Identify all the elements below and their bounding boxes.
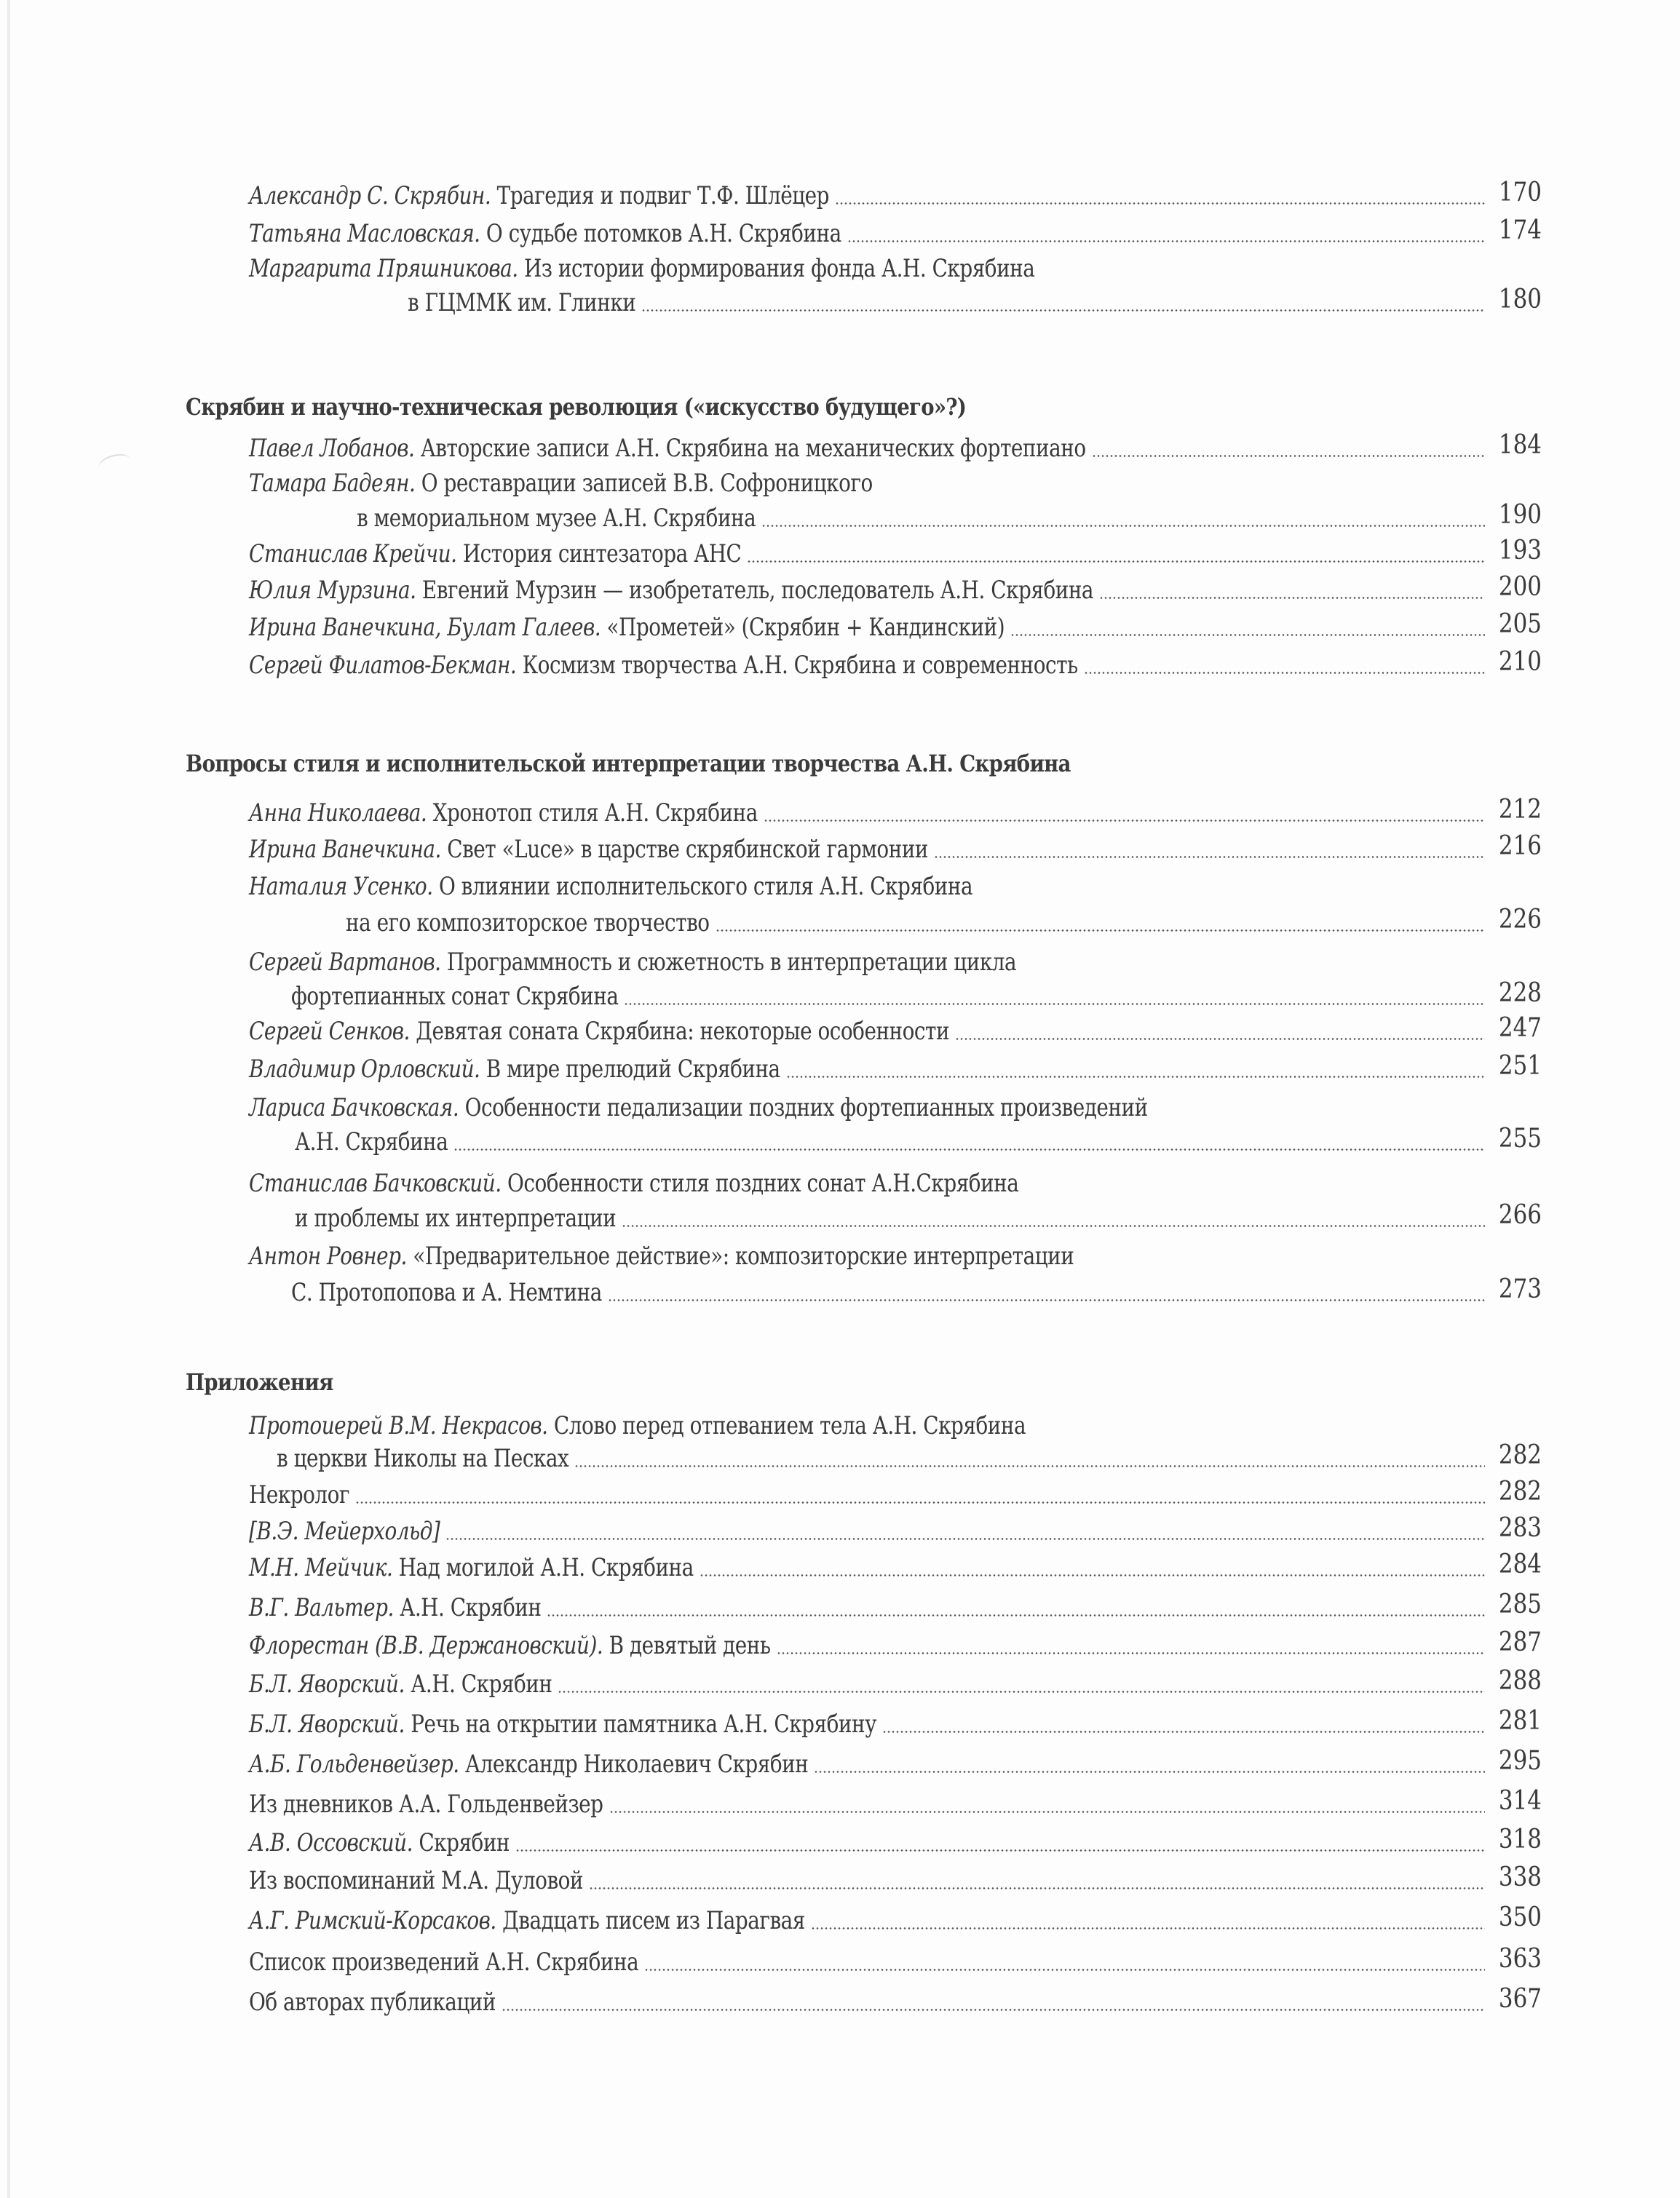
toc-line: Флорестан (В.В. Держановский). В девятый… [249,1628,885,1660]
entry-author: Флорестан (В.В. Держановский). [249,1631,603,1660]
entry-title: Девятая соната Скрябина: некоторые особе… [410,1017,949,1046]
entry-author: Тамара Бадеян. [249,469,415,498]
page-number[interactable]: 255 [1491,1122,1542,1156]
dot-leader [835,202,1485,205]
entry-text: А.В. Оссовский. Скрябин [249,1828,510,1857]
entry-text: в церкви Николы на Песках [277,1444,568,1473]
entry-text: в ГЦММК им. Глинки [408,288,635,317]
page-number[interactable]: 251 [1491,1049,1542,1084]
dot-leader [574,1465,1485,1467]
entry-author: Ирина Ванечкина. [249,835,441,864]
entry-text: Сергей Филатов-Бекман. Космизм творчеств… [249,651,1078,680]
toc-line: в ГЦММК им. Глинки [408,285,686,317]
page-number[interactable]: 284 [1491,1547,1542,1582]
entry-text: Антон Ровнер. «Предварительное действие»… [249,1242,1074,1271]
dot-leader [786,1076,1485,1078]
page-number[interactable]: 281 [1491,1704,1542,1739]
entry-text: Сергей Вартанов. Программность и сюжетно… [249,948,1016,977]
toc-line: Ирина Ванечкина, Булат Галеев. «Прометей… [249,610,1170,642]
toc-line: А.В. Оссовский. Скрябин [249,1825,567,1857]
entry-author: Александр С. Скрябин. [249,181,491,210]
entry-text: Сергей Сенков. Девятая соната Скрябина: … [249,1017,949,1046]
scan-mark [97,451,133,477]
dot-leader [716,929,1485,932]
entry-title: Особенности стиля поздних сонат А.Н.Скря… [502,1169,1019,1198]
section-heading: Приложения [186,1368,333,1396]
toc-line: Антон Ровнер. «Предварительное действие»… [249,1239,1255,1271]
entry-text: Список произведений А.Н. Скрябина [249,1948,638,1977]
entry-author: Павел Лобанов. [249,434,414,463]
entry-author: А.Б. Гольденвейзер. [249,1750,459,1779]
entry-author: Владимир Орловский. [249,1055,480,1084]
page-number[interactable]: 295 [1491,1744,1542,1779]
entry-text: М.Н. Мейчик. Над могилой А.Н. Скрябина [249,1553,694,1582]
entry-title: Евгений Мурзин — изобретатель, последова… [416,576,1093,605]
entry-title: «Прометей» (Скрябин + Кандинский) [601,613,1005,642]
entry-author: Ирина Ванечкина, Булат Галеев. [249,613,601,642]
page-number[interactable]: 350 [1491,1900,1542,1935]
page-number[interactable]: 212 [1491,793,1542,828]
entry-title: Космизм творчества А.Н. Скрябина и совре… [516,651,1078,680]
entry-author: Маргарита Пряшникова. [249,254,518,283]
entry-text: А.Г. Римский-Корсаков. Двадцать писем из… [249,1906,805,1935]
toc-line: Тамара Бадеян. О реставрации записей В.В… [249,466,1010,498]
toc-line: в церкви Николы на Песках [277,1441,633,1473]
toc-line: Наталия Усенко. О влиянии исполнительско… [249,869,1131,901]
entry-author: Сергей Вартанов. [249,948,440,977]
page-number[interactable]: 180 [1491,282,1542,317]
entry-text: Из воспоминаний М.А. Дуловой [249,1866,583,1895]
entry-title: Программность и сюжетность в интерпретац… [440,948,1016,977]
entry-title-continued: на его композиторское творчество [346,908,710,937]
dot-leader [608,1299,1485,1301]
section-heading: Вопросы стиля и исполнительской интерпре… [186,750,1071,777]
entry-title: Слово перед отпеванием тела А.Н. Скрябин… [548,1411,1026,1440]
toc-line: В.Г. Вальтер. А.Н. Скрябин [249,1590,606,1622]
entry-text: Лариса Бачковская. Особенности педализац… [249,1093,1148,1122]
entry-text: Станислав Крейчи. История синтезатора АН… [249,539,741,568]
entry-title: Скрябин [413,1828,510,1857]
dot-leader [502,2009,1485,2011]
page-number[interactable]: 314 [1491,1784,1542,1819]
toc-line: А.Г. Римский-Корсаков. Двадцать писем из… [249,1903,927,1935]
entry-author: Лариса Бачковская. [249,1093,459,1122]
entry-text: Б.Л. Яворский. А.Н. Скрябин [249,1670,552,1699]
entry-text: Татьяна Масловская. О судьбе потомков А.… [249,219,841,248]
toc-line: С. Протопопова и А. Немтина [291,1275,670,1307]
entry-text: Анна Николаева. Хронотоп стиля А.Н. Скря… [249,798,758,828]
entry-text: и проблемы их интерпретации [295,1204,616,1233]
entry-text: А.Б. Гольденвейзер. Александр Николаевич… [249,1750,808,1779]
entry-text: Ирина Ванечкина, Булат Галеев. «Прометей… [249,613,1005,642]
toc-line: Б.Л. Яворский. Речь на открытии памятник… [249,1707,1014,1739]
entry-text: А.Н. Скрябина [295,1127,448,1156]
entry-author: Татьяна Масловская. [249,219,480,248]
entry-title: Над могилой А.Н. Скрябина [392,1553,693,1582]
page-number[interactable]: 266 [1491,1198,1542,1233]
entry-author: Б.Л. Яворский. [249,1670,405,1699]
dot-leader [355,1501,1485,1504]
entry-title: «Предварительное действие»: композиторск… [407,1242,1074,1271]
entry-title: А.Н. Скрябин [394,1593,542,1622]
page-number[interactable]: 200 [1491,570,1542,605]
entry-author: Станислав Крейчи. [249,539,456,568]
page-edge [7,0,10,2198]
entry-title: Список произведений А.Н. Скрябина [249,1948,638,1977]
toc-line: Б.Л. Яворский. А.Н. Скрябин [249,1667,619,1699]
entry-title: Из дневников А.А. Гольденвейзер [249,1790,603,1819]
toc-line: Станислав Бачковский. Особенности стиля … [249,1166,1188,1198]
page-number[interactable]: 282 [1491,1438,1542,1473]
entry-title-continued: фортепианных сонат Скрябина [291,982,618,1011]
toc-line: Павел Лобанов. Авторские записи А.Н. Скр… [249,431,1269,463]
page-number[interactable]: 190 [1491,498,1542,533]
entry-author: [В.Э. Мейерхольд] [249,1517,440,1546]
page-number[interactable]: 283 [1491,1511,1542,1546]
page-number[interactable]: 282 [1491,1475,1542,1509]
dot-leader [641,309,1485,312]
dot-leader [445,1538,1485,1540]
toc-line: Александр С. Скрябин. Трагедия и подвиг … [249,178,956,210]
entry-title: Александр Николаевич Скрябин [459,1750,809,1779]
entry-title: О судьбе потомков А.Н. Скрябина [480,219,841,248]
entry-title: Из воспоминаний М.А. Дуловой [249,1866,583,1895]
toc-line: фортепианных сонат Скрябина [291,979,690,1011]
dot-leader [747,560,1485,563]
page-number[interactable]: 210 [1491,645,1542,680]
toc-line: Сергей Вартанов. Программность и сюжетно… [249,945,1185,977]
entry-title-continued: С. Протопопова и А. Немтина [291,1278,602,1307]
toc-line: и проблемы их интерпретации [295,1201,686,1233]
entry-title-continued: и проблемы их интерпретации [295,1204,616,1233]
entry-author: Протоиерей В.М. Некрасов. [249,1411,548,1440]
page-number[interactable]: 247 [1491,1011,1542,1046]
entry-title: О влиянии исполнительского стиля А.Н. Ск… [433,872,973,901]
entry-title: В мире прелюдий Скрябина [480,1055,780,1084]
dot-leader [934,856,1485,858]
toc-line: М.Н. Мейчик. Над могилой А.Н. Скрябина [249,1550,791,1582]
dot-leader [558,1691,1485,1693]
toc-line: А.Н. Скрябина [295,1124,482,1156]
page-number[interactable]: 184 [1491,428,1542,463]
page-number[interactable]: 363 [1491,1942,1542,1977]
toc-line: Лариса Бачковская. Особенности педализац… [249,1090,1345,1122]
entry-text: С. Протопопова и А. Немтина [291,1278,602,1307]
entry-text: Из дневников А.А. Гольденвейзер [249,1790,603,1819]
entry-text: Ирина Ванечкина. Свет «Luce» в царстве с… [249,835,928,864]
toc-line: Из воспоминаний М.А. Дуловой [249,1863,657,1895]
entry-author: М.Н. Мейчик. [249,1553,392,1582]
entry-author: В.Г. Вальтер. [249,1593,394,1622]
toc-line: Юлия Мурзина. Евгений Мурзин — изобретат… [249,573,1279,605]
entry-title: Авторские записи А.Н. Скрябина на механи… [414,434,1085,463]
page-number[interactable]: 174 [1491,213,1542,248]
entry-author: А.Г. Римский-Корсаков. [249,1906,496,1935]
entry-text: Флорестан (В.В. Держановский). В девятый… [249,1631,771,1660]
entry-title-continued: А.Н. Скрябина [295,1127,448,1156]
entry-title: Хронотоп стиля А.Н. Скрябина [427,798,758,828]
dot-leader [609,1811,1485,1813]
toc-line: А.Б. Гольденвейзер. Александр Николаевич… [249,1747,931,1779]
entry-author: Антон Ровнер. [249,1242,407,1271]
page-number[interactable]: 228 [1491,976,1542,1011]
entry-text: Наталия Усенко. О влиянии исполнительско… [249,872,972,901]
entry-title-continued: в ГЦММК им. Глинки [408,288,635,317]
toc-line: Список произведений А.Н. Скрябина [249,1945,724,1977]
toc-line: в мемориальном музее А.Н. Скрябина [357,501,844,533]
dot-leader [515,1849,1485,1852]
entry-author: Станислав Бачковский. [249,1169,502,1198]
entry-text: [В.Э. Мейерхольд] [249,1517,440,1546]
entry-text: Юлия Мурзина. Евгений Мурзин — изобретат… [249,576,1093,605]
entry-text: в мемориальном музее А.Н. Скрябина [357,504,756,533]
entry-text: на его композиторское творчество [346,908,710,937]
toc-line: Протоиерей В.М. Некрасов. Слово перед от… [249,1408,1196,1440]
dot-leader [700,1574,1485,1576]
entry-title: О реставрации записей В.В. Софроницкого [415,469,872,498]
entry-title: Из истории формирования фонда А.Н. Скряб… [518,254,1035,283]
entry-title-continued: в церкви Николы на Песках [277,1444,568,1473]
entry-title: Об авторах публикаций [249,1988,496,2017]
entry-author: А.В. Оссовский. [249,1828,413,1857]
dot-leader [1010,634,1485,636]
toc-line: Сергей Сенков. Девятая соната Скрябина: … [249,1014,1103,1046]
entry-text: Павел Лобанов. Авторские записи А.Н. Скр… [249,434,1086,463]
dot-leader [589,1887,1485,1889]
page-number[interactable]: 273 [1491,1272,1542,1307]
toc-line: Из дневников А.А. Гольденвейзер [249,1787,681,1819]
entry-title: А.Н. Скрябин [405,1670,552,1699]
toc-line: [В.Э. Мейерхольд] [249,1514,482,1546]
entry-text: Владимир Орловский. В мире прелюдий Скря… [249,1055,780,1084]
entry-title: Трагедия и подвиг Т.Ф. Шлёцер [491,181,829,210]
entry-title: Речь на открытии памятника А.Н. Скрябину [405,1710,876,1739]
entry-text: Маргарита Пряшникова. Из истории формиро… [249,254,1034,283]
entry-title: Свет «Luce» в царстве скрябинской гармон… [441,835,928,864]
dot-leader [547,1614,1485,1616]
entry-text: Некролог [249,1480,349,1509]
dot-leader [882,1731,1485,1733]
dot-leader [1084,672,1485,674]
dot-leader [847,240,1485,242]
section-heading: Скрябин и научно-техническая революция (… [186,393,966,421]
page-number[interactable]: 288 [1491,1664,1542,1699]
entry-text: В.Г. Вальтер. А.Н. Скрябин [249,1593,541,1622]
entry-text: Б.Л. Яворский. Речь на открытии памятник… [249,1710,876,1739]
entry-author: Наталия Усенко. [249,872,433,901]
page-number[interactable]: 226 [1491,902,1542,937]
entry-author: Б.Л. Яворский. [249,1710,405,1739]
entry-title: Некролог [249,1480,349,1509]
dot-leader [624,1003,1485,1005]
entry-text: Протоиерей В.М. Некрасов. Слово перед от… [249,1411,1026,1440]
entry-title: Особенности педализации поздних фортепиа… [459,1093,1147,1122]
page-number[interactable]: 170 [1491,175,1542,210]
entry-title: Двадцать писем из Парагвая [496,1906,805,1935]
dot-leader [814,1771,1485,1773]
dot-leader [761,525,1485,527]
dot-leader [955,1038,1485,1040]
toc-line: Анна Николаева. Хронотоп стиля А.Н. Скря… [249,796,869,828]
entry-text: Об авторах публикаций [249,1988,496,2017]
entry-title: В девятый день [603,1631,770,1660]
page-number[interactable]: 287 [1491,1625,1542,1660]
dot-leader [622,1225,1485,1227]
page-number[interactable]: 193 [1491,533,1542,568]
entry-author: Анна Николаева. [249,798,427,828]
entry-text: Александр С. Скрябин. Трагедия и подвиг … [249,181,829,210]
page-number[interactable]: 205 [1491,607,1542,642]
toc-line: на его композиторское творчество [346,905,789,937]
entry-author: Сергей Сенков. [249,1017,410,1046]
entry-author: Юлия Мурзина. [249,576,416,605]
page-number[interactable]: 367 [1491,1982,1542,2017]
page-number[interactable]: 216 [1491,829,1542,864]
dot-leader [453,1148,1485,1151]
dot-leader [811,1927,1485,1929]
toc-line: Некролог [249,1477,371,1509]
entry-title: История синтезатора АНС [456,539,741,568]
dot-leader [1099,597,1485,599]
entry-author: Сергей Филатов-Бекман. [249,651,516,680]
page-number[interactable]: 285 [1491,1587,1542,1622]
page-number[interactable]: 318 [1491,1822,1542,1857]
entry-text: Тамара Бадеян. О реставрации записей В.В… [249,469,873,498]
toc-line: Станислав Крейчи. История синтезатора АН… [249,536,849,568]
entry-text: фортепианных сонат Скрябина [291,982,618,1011]
toc-line: Татьяна Масловская. О судьбе потомков А.… [249,216,971,248]
page-number[interactable]: 338 [1491,1860,1542,1895]
dot-leader [764,820,1485,822]
toc-line: Маргарита Пряшникова. Из истории формиро… [249,251,1207,283]
dot-leader [644,1969,1485,1971]
toc-line: Об авторах публикаций [249,1985,550,2017]
dot-leader [1092,455,1485,457]
entry-text: Станислав Бачковский. Особенности стиля … [249,1169,1018,1198]
toc-line: Владимир Орловский. В мире прелюдий Скря… [249,1052,897,1084]
entry-title-continued: в мемориальном музее А.Н. Скрябина [357,504,756,533]
toc-line: Ирина Ванечкина. Свет «Luce» в царстве с… [249,832,1077,864]
toc-line: Сергей Филатов-Бекман. Космизм творчеств… [249,648,1260,680]
dot-leader [777,1652,1485,1654]
